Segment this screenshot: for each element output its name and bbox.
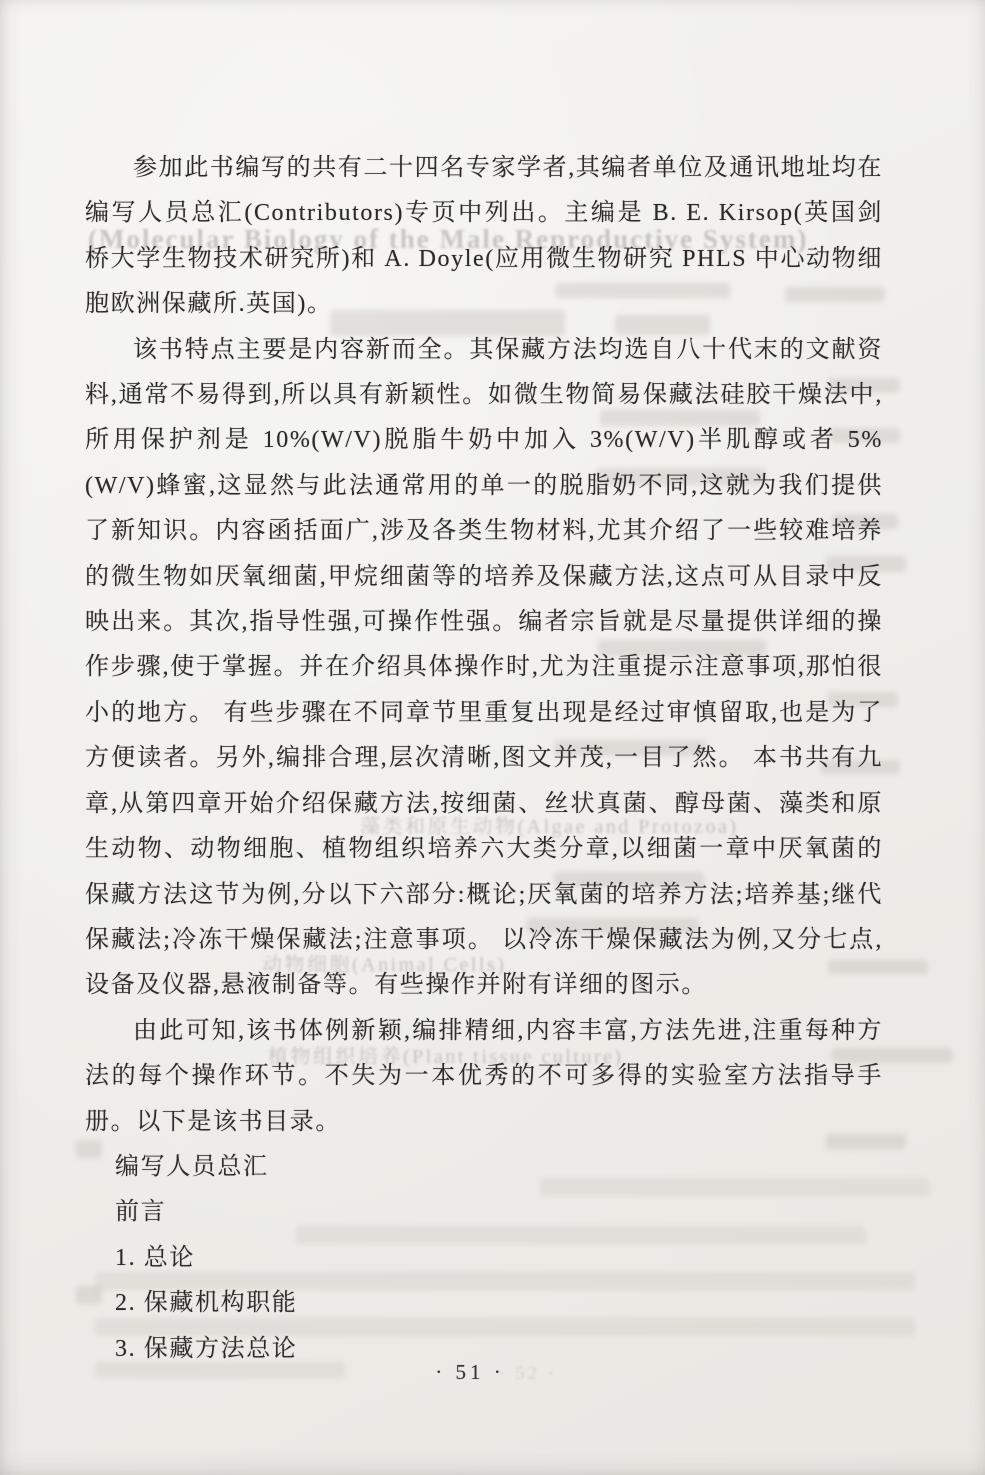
body-paragraph-3: 由此可知,该书体例新颖,编排精细,内容丰富,方法先进,注重每种方法的每个操作环节… xyxy=(85,1009,883,1145)
toc-line-contributors: 编写人员总汇 xyxy=(115,1145,883,1190)
toc-line-2: 2. 保藏机构职能 xyxy=(115,1281,883,1326)
body-paragraph-1: 参加此书编写的共有二十四名专家学者,其编者单位及通讯地址均在编写人员总汇(Con… xyxy=(85,146,883,328)
table-of-contents: 编写人员总汇 前言 1. 总论 2. 保藏机构职能 3. 保藏方法总论 xyxy=(85,1145,883,1372)
page-body-text: 参加此书编写的共有二十四名专家学者,其编者单位及通讯地址均在编写人员总汇(Con… xyxy=(85,146,883,1372)
toc-line-1: 1. 总论 xyxy=(115,1236,883,1281)
toc-line-foreword: 前言 xyxy=(115,1190,883,1235)
page-number: · 51 · xyxy=(0,1360,940,1385)
scanned-book-page: (Molecular Biology of the Male Reproduct… xyxy=(0,0,985,1475)
body-paragraph-2: 该书特点主要是内容新而全。其保藏方法均选自八十代末的文献资料,通常不易得到,所以… xyxy=(85,328,883,1009)
